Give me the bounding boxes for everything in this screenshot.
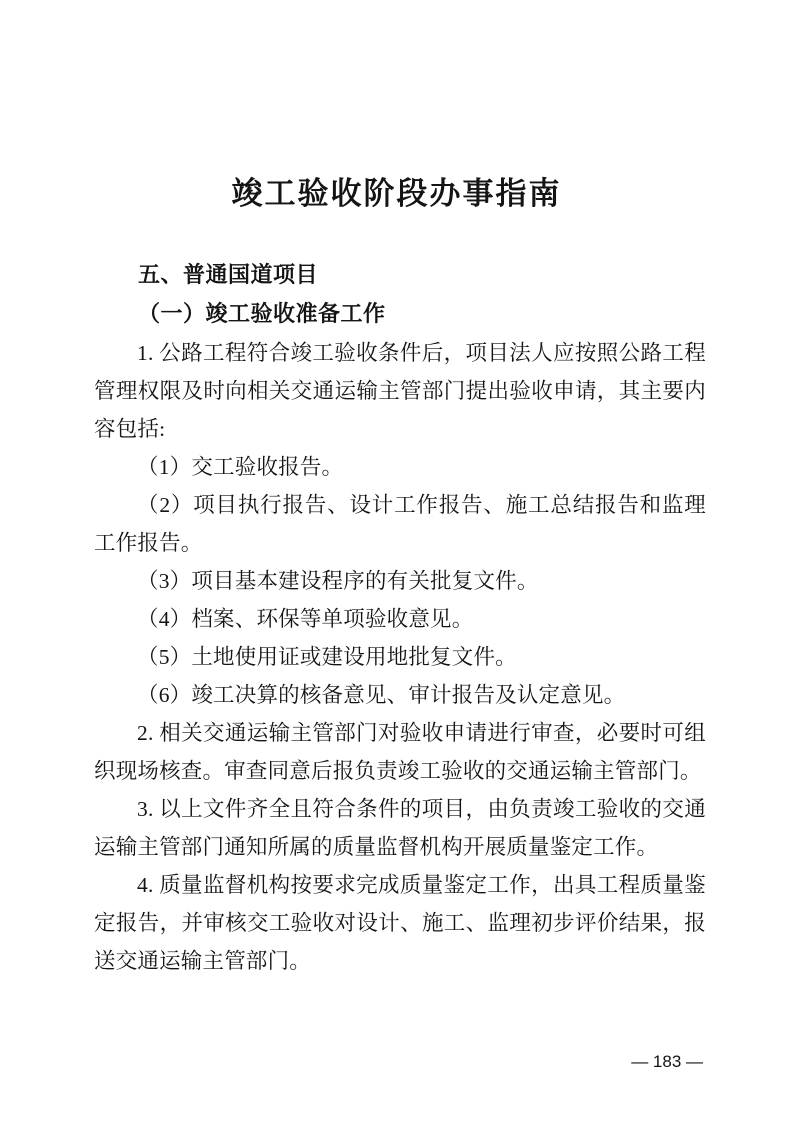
section-heading: 五、普通国道项目	[94, 256, 706, 294]
subsection-heading: （一）竣工验收准备工作	[94, 294, 706, 334]
list-item-5: （5）土地使用证或建设用地批复文件。	[94, 638, 706, 676]
paragraph-3: 3. 以上文件齐全且符合条件的项目，由负责竣工验收的交通运输主管部门通知所属的质…	[94, 790, 706, 866]
page-number: — 183 —	[631, 1052, 703, 1072]
document-title: 竣工验收阶段办事指南	[0, 0, 793, 216]
list-item-2: （2）项目执行报告、设计工作报告、施工总结报告和监理工作报告。	[94, 486, 706, 562]
paragraph-2: 2. 相关交通运输主管部门对验收申请进行审查，必要时可组织现场核查。审查同意后报…	[94, 714, 706, 790]
document-body: 五、普通国道项目 （一）竣工验收准备工作 1. 公路工程符合竣工验收条件后，项目…	[94, 256, 706, 980]
list-item-4: （4）档案、环保等单项验收意见。	[94, 600, 706, 638]
list-item-6: （6）竣工决算的核备意见、审计报告及认定意见。	[94, 676, 706, 714]
paragraph-4: 4. 质量监督机构按要求完成质量鉴定工作，出具工程质量鉴定报告，并审核交工验收对…	[94, 866, 706, 980]
paragraph-1: 1. 公路工程符合竣工验收条件后，项目法人应按照公路工程管理权限及时向相关交通运…	[94, 334, 706, 448]
list-item-1: （1）交工验收报告。	[94, 448, 706, 486]
document-page: 竣工验收阶段办事指南 五、普通国道项目 （一）竣工验收准备工作 1. 公路工程符…	[0, 0, 793, 1122]
list-item-3: （3）项目基本建设程序的有关批复文件。	[94, 562, 706, 600]
